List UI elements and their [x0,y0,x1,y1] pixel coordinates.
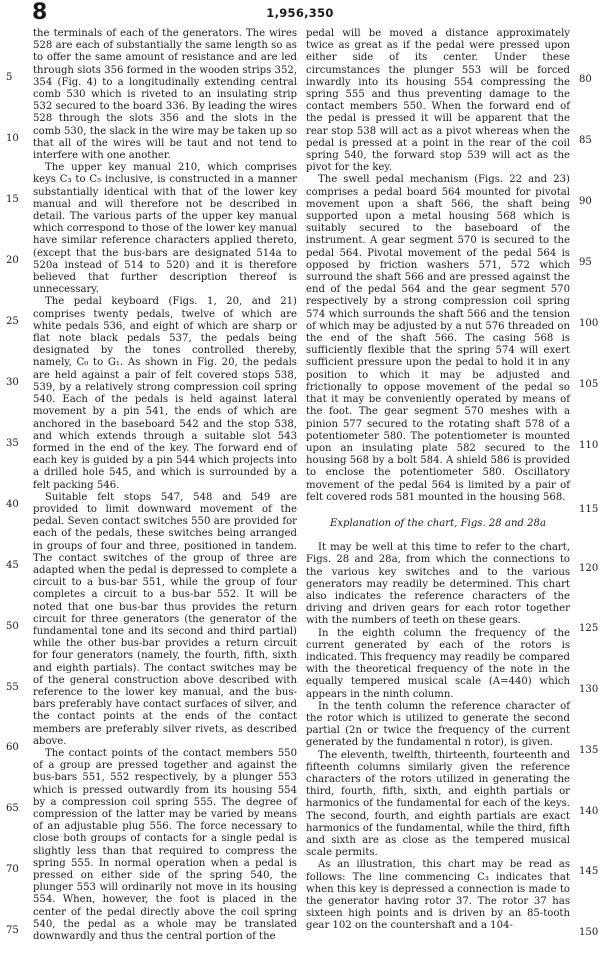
paragraph: Suitable felt stops 547, 548 and 549 are… [33,492,297,748]
paragraph: pedal will be moved a distance approxima… [306,28,570,174]
section-heading: Explanation of the chart, Figs. 28 and 2… [306,518,570,530]
patent-number: 1,956,350 [0,6,600,20]
line-number: 115 [579,504,598,515]
paragraph: The swell pedal mechanism (Figs. 22 and … [306,174,570,503]
line-number: 15 [6,194,19,205]
paragraph: It may be well at this time to refer to … [306,542,570,627]
line-number: 55 [6,682,19,693]
line-number: 85 [579,135,592,146]
line-number: 50 [6,621,19,632]
line-number: 75 [6,925,19,936]
line-number: 95 [579,257,592,268]
line-number: 60 [6,742,19,753]
line-number: 120 [579,563,598,574]
line-number: 5 [6,72,12,83]
left-column: the terminals of each of the generators.… [33,28,297,943]
paragraph: As an illustration, this chart may be re… [306,859,570,932]
line-number: 45 [6,560,19,571]
line-number: 100 [579,318,598,329]
line-number: 25 [6,316,19,327]
line-number: 140 [579,806,598,817]
line-number: 65 [6,803,19,814]
paragraph: The contact points of the contact member… [33,748,297,943]
line-number: 35 [6,438,19,449]
paragraph: In the tenth column the reference charac… [306,701,570,750]
line-number: 105 [579,379,598,390]
line-number: 125 [579,623,598,634]
paragraph: The pedal keyboard (Figs. 1, 20, and 21)… [33,296,297,491]
line-number: 150 [579,927,598,938]
paragraph: In the eighth column the frequency of th… [306,628,570,701]
line-number: 145 [579,866,598,877]
line-number: 40 [6,499,19,510]
line-number: 110 [579,440,598,451]
right-column: pedal will be moved a distance approxima… [306,28,570,933]
line-number: 10 [6,133,19,144]
paragraph: the terminals of each of the generators.… [33,28,297,162]
paragraph: The eleventh, twelfth, thirteenth, fourt… [306,750,570,860]
line-number: 30 [6,377,19,388]
line-number: 130 [579,684,598,695]
line-number: 135 [579,745,598,756]
line-number: 80 [579,74,592,85]
line-number: 70 [6,864,19,875]
line-number: 90 [579,196,592,207]
paragraph: The upper key manual 210, which comprise… [33,162,297,296]
line-number: 20 [6,255,19,266]
